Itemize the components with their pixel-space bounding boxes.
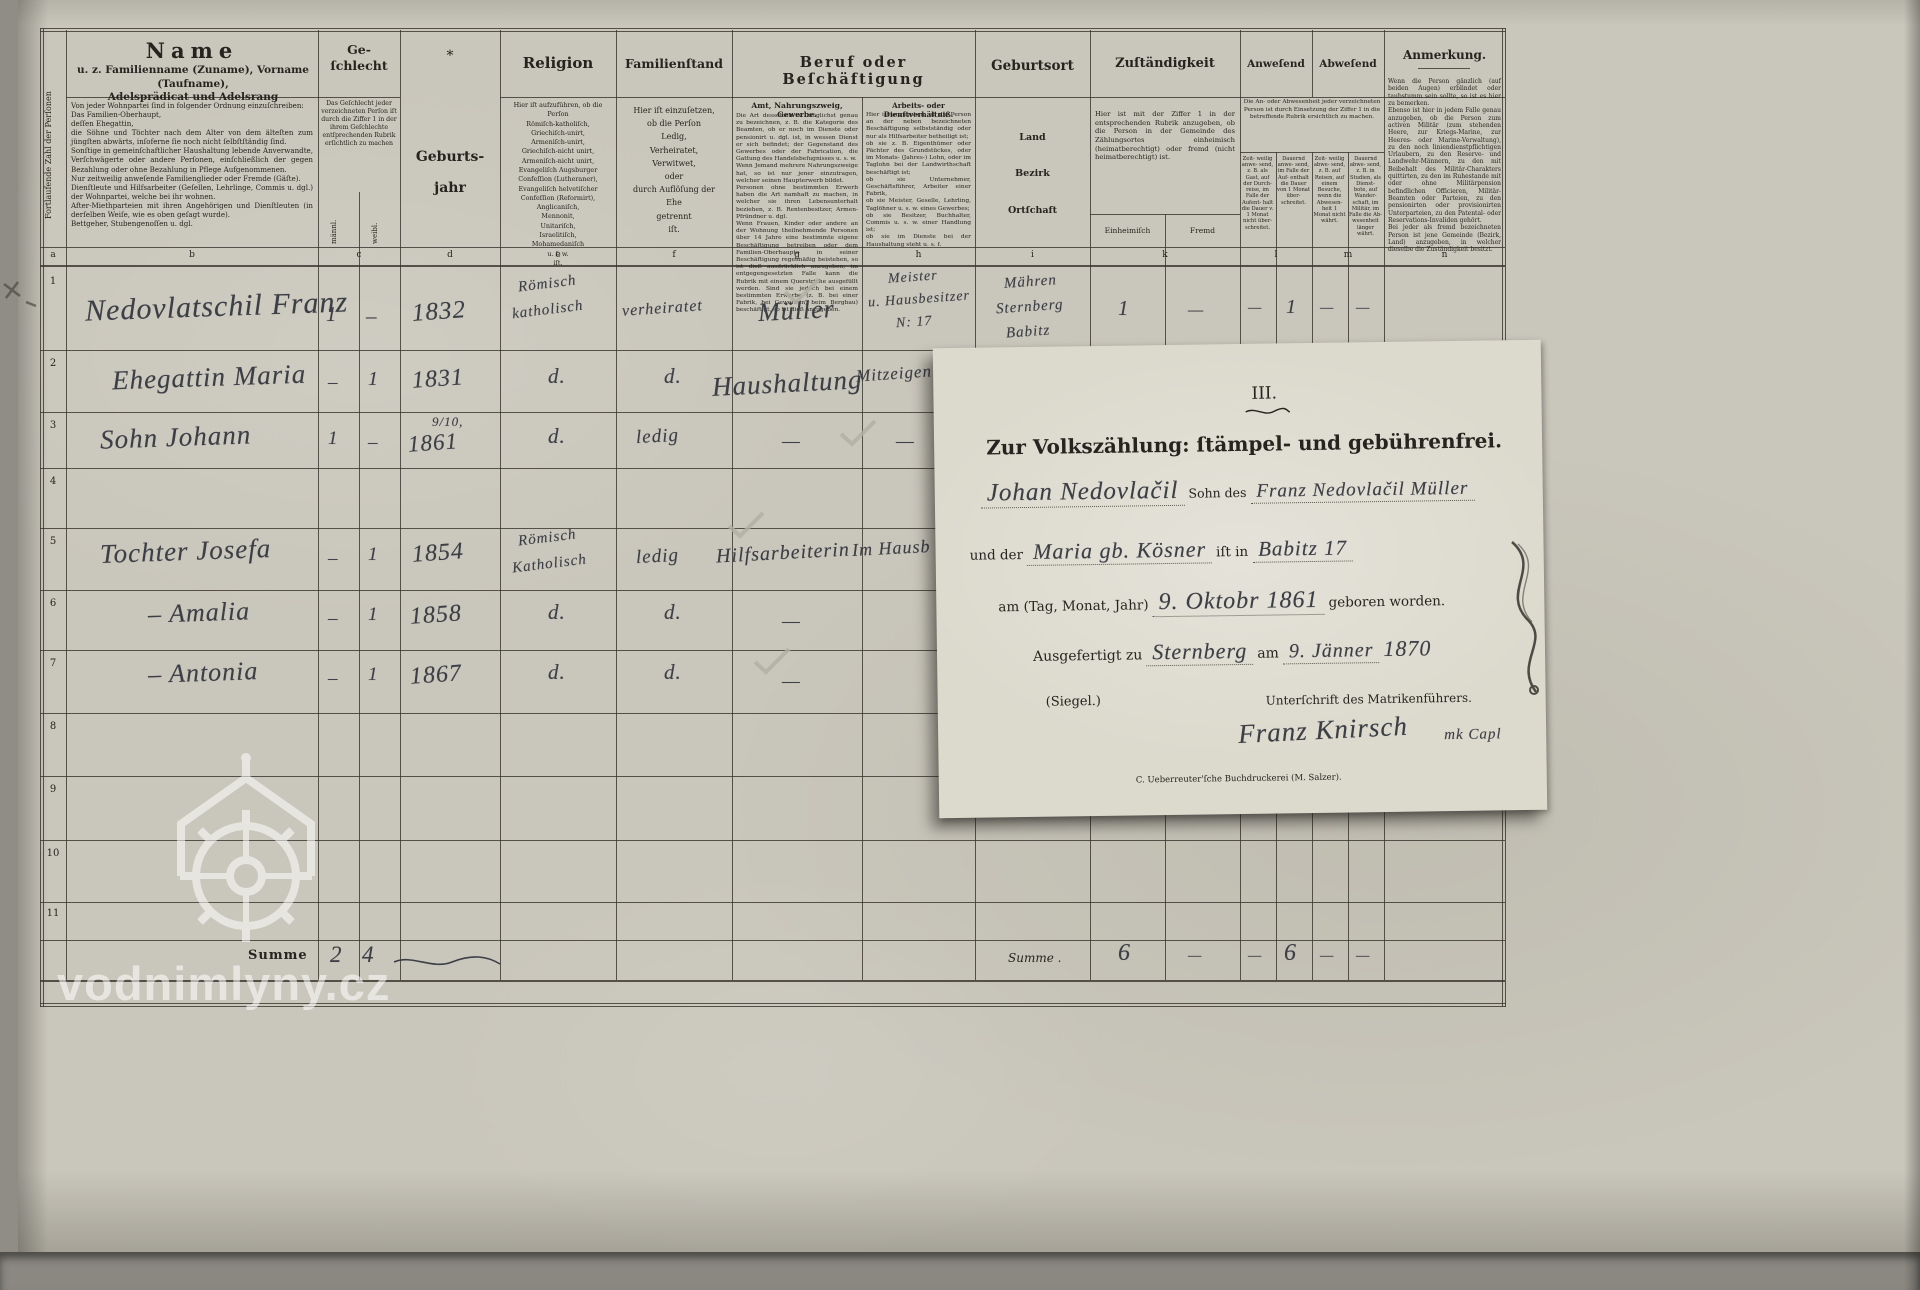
header-anwesend-title: Anweſend	[1240, 58, 1312, 70]
column-letter-h: h	[862, 250, 975, 260]
row-3-stand: ledig	[635, 425, 679, 449]
row-6-sex-w: 1	[368, 604, 379, 626]
header-ort-land: Land	[975, 132, 1090, 143]
row-5-name: Tochter Josefa	[100, 533, 272, 570]
certificate-line-date: am (Tag, Monat, Jahr) 9. Oktobr 1861 geb…	[998, 584, 1538, 619]
row-1-verhaeltnis-line3: N: 17	[895, 314, 933, 333]
watermark-text: vodnimlyny.cz	[57, 956, 435, 1011]
row-6-sex-m: –	[328, 608, 339, 630]
row-6-year: 1858	[409, 600, 463, 631]
certificate-number: III.	[1251, 383, 1277, 405]
certificate-birthdate: 9. Oktobr 1861	[1152, 587, 1324, 617]
header-familienstand-title: Familienſtand	[616, 56, 732, 71]
row-3-verhaeltnis-dash: —	[896, 430, 915, 453]
row-2-stand: d.	[664, 364, 682, 389]
header-geschlecht-note: Das Geſchlecht jeder verzeichneten Perſo…	[321, 100, 397, 148]
column-letter-k: k	[1090, 250, 1240, 260]
header-name-title: Name	[66, 38, 318, 63]
certificate-father-name: Franz Nedovlačil Müller	[1250, 478, 1474, 504]
row-7-stand: d.	[664, 660, 682, 685]
certificate-issue-year: 1870	[1383, 635, 1431, 661]
certificate-unterschrift-label: Unterſchrift des Matrikenführers.	[1266, 691, 1472, 708]
header-arbeit-note: Hier ist anzugeben, ob die Person an der…	[866, 112, 971, 249]
header-abw2-note: Dauernd abwe- send, z. B. in Studien, al…	[1349, 156, 1382, 237]
row-6-beruf-dash: —	[782, 610, 801, 633]
certificate-siegel-label: (Siegel.)	[1046, 694, 1101, 710]
certificate-am2-label: am	[1257, 645, 1279, 661]
row-1-abwesend-2: —	[1356, 300, 1370, 317]
row-number: 2	[40, 358, 66, 369]
summe-anwesend-1: —	[1248, 948, 1262, 965]
certificate-printer-line: C. Ueberreuter'ſche Buchdruckerei (M. Sa…	[999, 771, 1479, 788]
row-7-name: – Antonia	[148, 656, 259, 690]
header-anw1-note: Zeit- weilig anwe- send, z. B. als Gast,…	[1241, 156, 1274, 231]
certificate-line-issue: Ausgefertigt zu Sternberg am 9. Jänner 1…	[1033, 634, 1533, 667]
header-abwesend-title: Abweſend	[1312, 58, 1384, 70]
row-7-sex-m: –	[328, 668, 339, 690]
row-number: 7	[40, 658, 66, 669]
row-2-sex-w: 1	[368, 368, 379, 391]
header-geburtsjahr-title: Geburts- jahr	[400, 142, 500, 204]
certificate-ausgefertigt-label: Ausgefertigt zu	[1033, 647, 1142, 665]
row-1-fremd: —	[1188, 300, 1204, 320]
row-6-name: – Amalia	[148, 596, 251, 630]
row-3-beruf-dash: —	[782, 430, 801, 453]
header-abw1-note: Zeit- weilig abwe- send, z. B. auf Reise…	[1313, 156, 1346, 225]
row-7-year: 1867	[409, 660, 463, 691]
column-letter-n: n	[1384, 250, 1505, 260]
row-number: 3	[40, 420, 66, 431]
summe-einheimisch: 6	[1118, 940, 1131, 967]
header-ort-ortschaft: Ortſchaft	[975, 205, 1090, 216]
summe-fremd: —	[1188, 948, 1202, 965]
row-5-sex-w: 1	[368, 544, 379, 566]
row-3-sex-w: –	[368, 432, 379, 454]
certificate-line-child: Johan Nedovlačil Sohn des Franz Nedovlač…	[981, 472, 1521, 508]
summe-abwesend-1: —	[1320, 948, 1334, 965]
header-maennlich-label: männl.	[330, 198, 338, 244]
certificate-line-mother: und der Maria gb. Kösner iſt in Babitz 1…	[969, 532, 1529, 566]
row-1-einheimisch: 1	[1118, 296, 1130, 321]
certificate-und-der-label: und der	[970, 547, 1024, 564]
row-1-sex-m: 1	[326, 302, 338, 327]
summe-anwesend-2: 6	[1284, 940, 1297, 967]
census-scan: Fortlaufende Zahl der Perſonen Name u. z…	[0, 0, 1920, 1290]
row-1-abwesend-1: —	[1320, 300, 1334, 317]
column-letter-g: g	[732, 250, 862, 260]
column-letter-m: m	[1312, 250, 1384, 260]
certificate-mother-name: Maria gb. Kösner	[1027, 536, 1212, 566]
column-letter-l: l	[1240, 250, 1312, 260]
header-beruf-title: Beruf oder Beſchäftigung	[732, 54, 975, 88]
column-letter-c: c	[318, 250, 400, 260]
row-7-religion: d.	[548, 660, 566, 685]
header-geburtsort-title: Geburtsort	[975, 58, 1090, 74]
pencil-check-icon	[752, 646, 792, 676]
row-7-sex-w: 1	[368, 664, 379, 686]
paper-right-edge	[1904, 0, 1920, 1290]
header-name-note: Von jeder Wohnpartei ſind in folgender O…	[71, 101, 313, 228]
header-anmerkung-title: Anmerkung.	[1384, 48, 1505, 62]
row-3-year: 1861	[407, 428, 459, 457]
certificate-am-label: am (Tag, Monat, Jahr)	[998, 597, 1148, 615]
pencil-check-icon	[782, 276, 822, 306]
margin-scribble	[0, 276, 40, 312]
row-number: 8	[40, 721, 66, 732]
row-1-year: 1832	[411, 296, 467, 328]
certificate-child-name: Johan Nedovlačil	[981, 477, 1185, 509]
row-2-year: 1831	[411, 364, 465, 395]
birth-certificate-slip: III. Zur Volkszählung: ſtämpel- und gebü…	[933, 340, 1548, 818]
row-1-geburtsort-ort: Babitz	[1005, 322, 1050, 342]
pencil-check-icon	[726, 510, 766, 540]
scan-background	[0, 1252, 1920, 1290]
certificate-signature: Franz Knirsch	[1237, 711, 1408, 750]
column-letter-a: a	[40, 250, 66, 260]
header-anmerkung-note: Wenn die Person gänzlich (auf beiden Aug…	[1388, 78, 1501, 254]
header-ort-bezirk: Bezirk	[975, 168, 1090, 179]
row-5-sex-m: –	[328, 548, 339, 570]
summe-right-label: Summe .	[1008, 951, 1061, 965]
certificate-issue-place: Sternberg	[1146, 638, 1253, 666]
pencil-check-icon	[838, 418, 878, 448]
watermark: vodnimlyny.cz	[55, 748, 435, 1028]
certificate-signature-suffix: mk Capl	[1444, 726, 1502, 744]
certificate-sohn-des-label: Sohn des	[1188, 485, 1246, 501]
column-letter-f: f	[616, 250, 732, 260]
header-name-subtitle: u. z. Familienname (Zuname), Vorname (Ta…	[70, 64, 316, 105]
row-5-year: 1854	[411, 538, 465, 569]
header-zustaendigkeit-note: Hier ist mit der Ziffer 1 in der entspre…	[1095, 110, 1235, 162]
row-1-anwesend-2: 1	[1286, 296, 1297, 319]
header-fremd-label: Fremd	[1165, 226, 1240, 235]
header-presence-note: Die An- oder Abwesenheit jeder verzeichn…	[1243, 99, 1381, 122]
row-3-name: Sohn Johann	[100, 419, 252, 455]
row-1-sex-w: –	[366, 304, 378, 329]
header-familienstand-note: Hier iſt einzuſetzen, ob die Perſon Ledi…	[619, 104, 729, 236]
column-letter-b: b	[66, 250, 318, 260]
header-religion-note: Hier iſt aufzuführen, ob die Perſon Römi…	[503, 101, 613, 268]
certificate-title: Zur Volkszählung: ſtämpel- und gebührenf…	[964, 428, 1524, 460]
column-letter-i: i	[975, 250, 1090, 260]
header-weiblich-label: weibl.	[371, 198, 379, 244]
header-geschlecht-title: Ge- ſchlecht	[318, 42, 400, 75]
certificate-birthplace: Babitz 17	[1252, 535, 1353, 562]
column-letter-e: e	[500, 250, 616, 260]
row-5-stand: ledig	[635, 545, 679, 569]
header-zustaendigkeit-title: Zuſtändigkeit	[1090, 56, 1240, 71]
row-number: 6	[40, 598, 66, 609]
summe-abwesend-2: —	[1356, 948, 1370, 965]
thread-artifact	[1498, 540, 1570, 700]
row-2-religion: d.	[548, 364, 566, 389]
row-1-anwesend-1: —	[1248, 300, 1262, 317]
certificate-ist-in-label: iſt in	[1216, 544, 1248, 560]
row-6-religion: d.	[548, 600, 566, 625]
row-2-sex-m: –	[328, 372, 339, 394]
mill-logo-icon	[141, 748, 351, 953]
row-3-religion: d.	[548, 424, 566, 449]
row-number: 1	[40, 276, 66, 287]
certificate-geboren-label: geboren worden.	[1328, 593, 1445, 611]
header-star: *	[400, 48, 500, 64]
header-religion-title: Religion	[500, 54, 616, 72]
certificate-number-flourish	[1244, 405, 1292, 418]
column-letter-d: d	[400, 250, 500, 260]
row-number: 4	[40, 476, 66, 487]
row-3-sex-m: 1	[328, 428, 339, 450]
certificate-issue-date: 9. Jänner	[1283, 639, 1380, 664]
header-einheimisch-label: Einheimiſch	[1090, 226, 1165, 235]
row-5-verhaeltnis: Im Hausb	[852, 536, 931, 561]
page-bottom-shade	[18, 1170, 1920, 1254]
header-anw2-note: Dauernd anwe- send, im Falle der Auf- en…	[1277, 156, 1310, 206]
column-a-vertical-label: Fortlaufende Zahl der Perſonen	[44, 60, 64, 250]
row-number: 5	[40, 536, 66, 547]
row-6-stand: d.	[664, 600, 682, 625]
row-3-year-sup: 9/10,	[432, 414, 463, 430]
